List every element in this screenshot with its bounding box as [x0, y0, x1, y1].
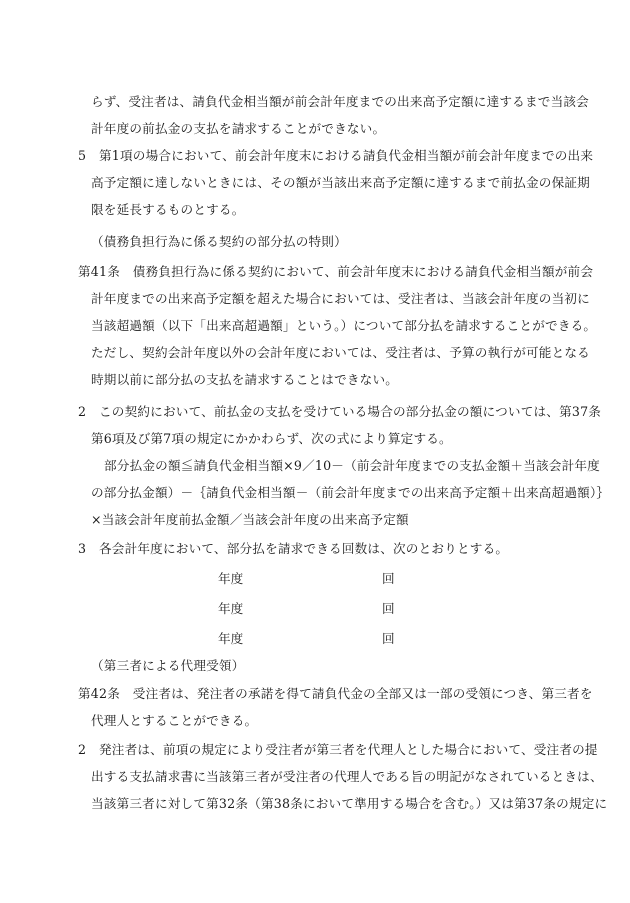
article-42-heading: （第三者による代理受領） — [91, 658, 245, 674]
text-line: ただし、契約会計年度以外の会計年度においては、受注者は、予算の執行が可能となる — [91, 345, 590, 361]
text-line: 出する支払請求書に当該第三者が受注者の代理人である旨の明記がなされているときは、 — [91, 769, 603, 785]
text-line: 当該超過額（以下「出来高超過額」という。）について部分払を請求することができる。 — [91, 318, 596, 334]
document-page: らず、受注者は、請負代金相当額が前会計年度までの出来高予定額に達するまで当該会 … — [0, 0, 630, 903]
table-count-label: 回 — [382, 571, 395, 587]
table-count-label: 回 — [382, 601, 395, 617]
article-42-clause-2: 2 発注者は、前項の規定により受注者が第三者を代理人とした場合において、受注者の… — [78, 742, 598, 758]
text-line: 限を延長するものとする。 — [91, 202, 245, 218]
clause-5: 5 第1項の場合において、前会計年度末における請負代金相当額が前会計年度までの出… — [78, 148, 593, 164]
table-year-label: 年度 — [218, 571, 243, 587]
text-line: 計年度の前払金の支払を請求することができない。 — [91, 121, 385, 137]
text-line: 計年度までの出来高予定額を超えた場合においては、受注者は、当該会計年度の当初に — [91, 291, 590, 307]
text-line: 代理人とすることができる。 — [91, 713, 257, 729]
article-41-clause-3: 3 各会計年度において、部分払を請求できる回数は、次のとおりとする。 — [78, 541, 508, 557]
formula-line: の部分払金額）－｛請負代金相当額－（前会計年度までの出来高予定額＋出来高超過額）… — [91, 485, 609, 501]
article-41-clause-2: 2 この契約において、前払金の支払を受けている場合の部分払金の額については、第3… — [78, 404, 601, 420]
text-line: 当該第三者に対して第32条（第38条において準用する場合を含む。）又は第37条の… — [91, 796, 607, 812]
table-year-label: 年度 — [218, 601, 243, 617]
text-line: 時期以前に部分払の支払を請求することはできない。 — [91, 372, 398, 388]
text-line: 高予定額に達しないときには、その額が当該出来高予定額に達するまで前払金の保証期 — [91, 175, 590, 191]
text-line: らず、受注者は、請負代金相当額が前会計年度までの出来高予定額に達するまで当該会 — [91, 94, 589, 110]
article-42: 第42条 受注者は、発注者の承諾を得て請負代金の全部又は一部の受領につき、第三者… — [78, 686, 593, 702]
article-41: 第41条 債務負担行為に係る契約において、前会計年度末における請負代金相当額が前… — [78, 264, 593, 280]
table-year-label: 年度 — [218, 631, 243, 647]
formula-line: ×当該会計年度前払金額／当該会計年度の出来高予定額 — [91, 512, 409, 528]
formula-line: 部分払金の額≦請負代金相当額×9／10－（前会計年度までの支払金額＋当該会計年度 — [104, 458, 600, 474]
article-41-heading: （債務負担行為に係る契約の部分払の特則） — [91, 234, 347, 250]
table-count-label: 回 — [382, 631, 395, 647]
text-line: 第6項及び第7項の規定にかかわらず、次の式により算定する。 — [91, 431, 452, 447]
